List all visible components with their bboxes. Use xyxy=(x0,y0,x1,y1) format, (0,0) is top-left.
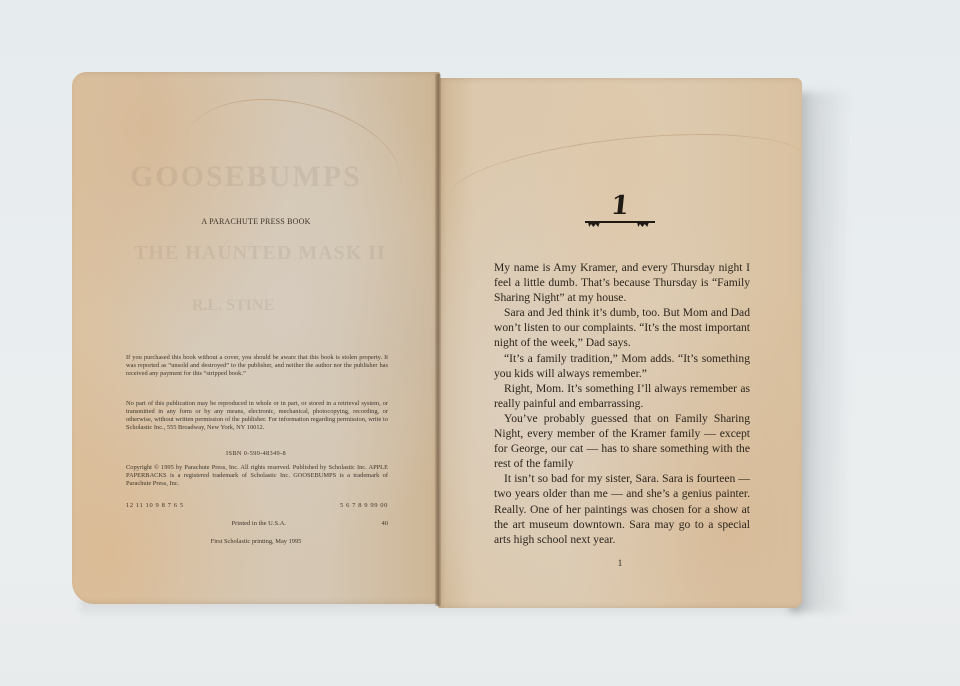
paragraph: Sara and Jed think it’s dumb, too. But M… xyxy=(494,305,750,350)
chapter-number: 1 xyxy=(438,191,802,221)
paragraph: “It’s a family tradition,” Mom adds. “It… xyxy=(494,351,750,381)
first-printing: First Scholastic printing, May 1995 xyxy=(72,538,440,545)
book-gutter xyxy=(435,74,441,606)
paragraph: Right, Mom. It’s something I’ll always r… xyxy=(494,381,750,411)
paragraph: You’ve probably guessed that on Family S… xyxy=(494,411,750,471)
bleed-through-author: R.L. STINE xyxy=(192,297,274,315)
bleed-through-title: GOOSEBUMPS xyxy=(130,160,362,194)
printed-in-row: Printed in the U.S.A. 40 xyxy=(126,520,388,527)
drip-icon xyxy=(637,222,649,227)
printed-code: 40 xyxy=(382,520,389,527)
paragraph: It isn’t so bad for my sister, Sara. Sar… xyxy=(494,471,750,546)
page-number: 1 xyxy=(438,558,802,568)
chapter-heading: 1 xyxy=(438,191,802,229)
stripped-book-notice: If you purchased this book without a cov… xyxy=(126,354,388,378)
printing-numbers: 12 11 10 9 8 7 6 5 5 6 7 8 9 99 00 xyxy=(126,502,388,509)
paragraph: My name is Amy Kramer, and every Thursda… xyxy=(494,260,750,305)
publisher-line: A PARACHUTE PRESS BOOK xyxy=(72,217,440,226)
rights-notice: No part of this publication may be repro… xyxy=(126,400,388,432)
isbn: ISBN 0-590-48349-8 xyxy=(72,450,440,457)
printing-line-left: 12 11 10 9 8 7 6 5 xyxy=(126,502,184,509)
bleed-through-subtitle: THE HAUNTED MASK II xyxy=(134,242,386,265)
chapter-body: My name is Amy Kramer, and every Thursda… xyxy=(494,260,750,547)
drip-icon xyxy=(588,222,600,227)
photo-scene: GOOSEBUMPS THE HAUNTED MASK II R.L. STIN… xyxy=(0,0,960,686)
left-page: GOOSEBUMPS THE HAUNTED MASK II R.L. STIN… xyxy=(72,72,440,604)
dripping-rule-ornament xyxy=(585,221,655,229)
copyright-notice: Copyright © 1995 by Parachute Press, Inc… xyxy=(126,464,388,488)
right-page: 1 My name is Amy Kramer, and every Thurs… xyxy=(438,78,802,608)
printing-line-right: 5 6 7 8 9 99 00 xyxy=(340,502,388,509)
printed-in-usa: Printed in the U.S.A. xyxy=(126,520,382,527)
